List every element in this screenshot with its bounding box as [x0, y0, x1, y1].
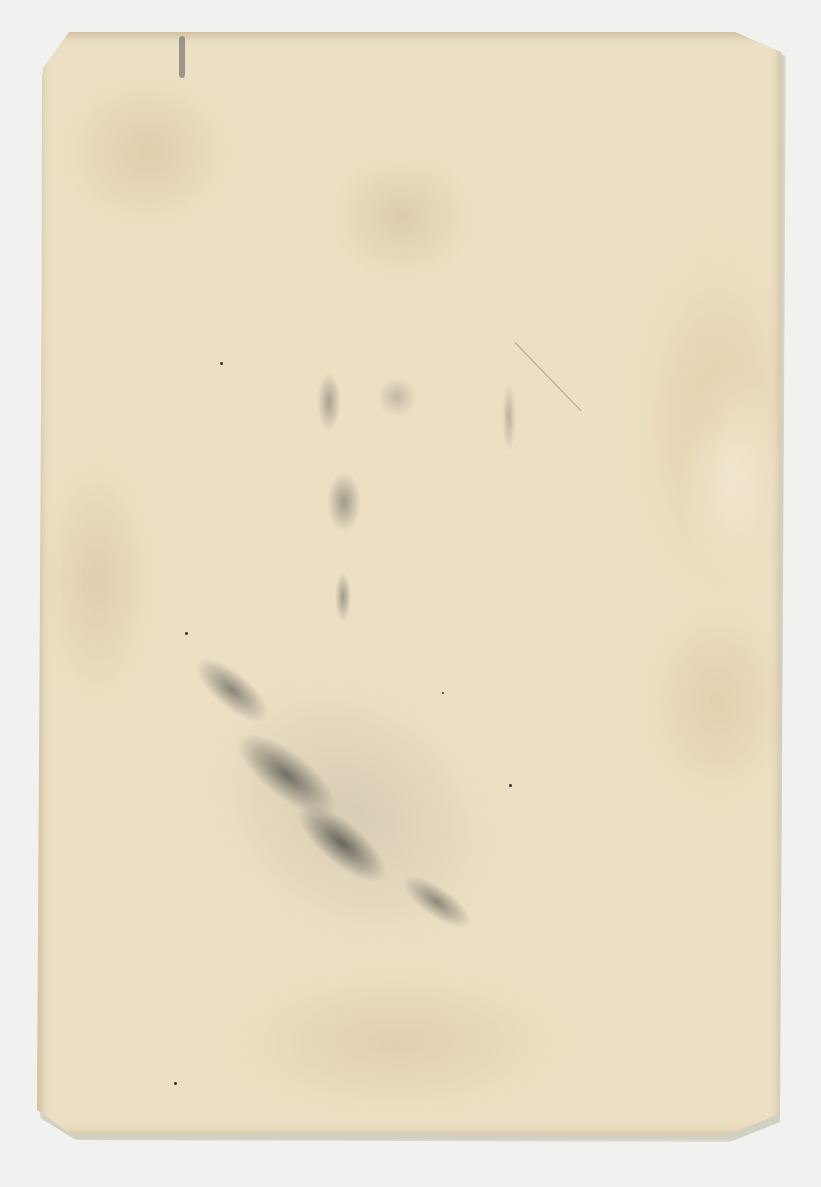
- ghost-mark-3: [327, 472, 361, 532]
- speck-2: [185, 632, 188, 635]
- ghost-mark-2: [377, 377, 417, 417]
- ghost-mark-1: [317, 372, 341, 432]
- stain-light-patch: [677, 362, 783, 582]
- speck-1: [220, 362, 223, 365]
- speck-4: [509, 784, 512, 787]
- ghost-mark-5: [502, 382, 516, 452]
- stain-top-left: [57, 72, 237, 232]
- ghost-mark-4: [335, 572, 351, 622]
- scan-background: [0, 0, 821, 1187]
- pencil-mark-top: [179, 36, 185, 78]
- speck-3: [174, 1082, 177, 1085]
- stain-left-mid: [37, 452, 157, 712]
- antique-card-back: [37, 32, 783, 1137]
- stain-bottom: [217, 962, 577, 1122]
- stain-right-lower: [637, 592, 783, 812]
- stain-top-center: [327, 152, 477, 282]
- speck-5: [442, 692, 444, 694]
